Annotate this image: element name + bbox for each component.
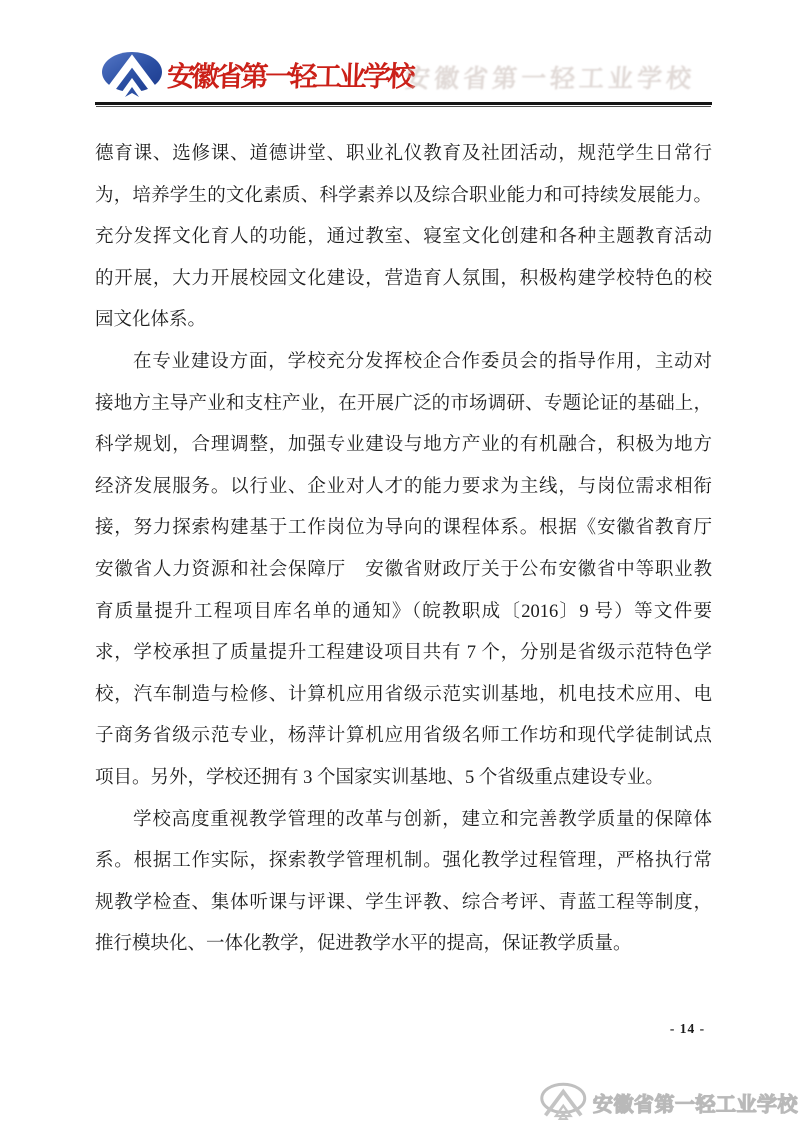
- text-line: 学校高度重视教学管理的改革与创新，建立和完善教学质量的保障体: [95, 800, 712, 842]
- text-line: 的开展，大力开展校园文化建设，营造育人氛围，积极构建学校特色的校: [95, 259, 712, 301]
- text-line: 德育课、选修课、道德讲堂、职业礼仪教育及社团活动，规范学生日常行: [95, 134, 712, 176]
- text-line: 安徽省人力资源和社会保障厅 安徽省财政厅关于公布安徽省中等职业教: [95, 550, 712, 592]
- text-line: 在专业建设方面，学校充分发挥校企合作委员会的指导作用，主动对: [95, 342, 712, 384]
- text-line: 接，努力探索构建基于工作岗位为导向的课程体系。根据《安徽省教育厅: [95, 508, 712, 550]
- text-line: 育质量提升工程项目库名单的通知》（皖教职成〔2016〕9 号）等文件要: [95, 592, 712, 634]
- text-line: 园文化体系。: [95, 300, 712, 342]
- text-line: 子商务省级示范专业，杨萍计算机应用省级名师工作坊和现代学徒制试点: [95, 716, 712, 758]
- text-line: 校，汽车制造与检修、计算机应用省级示范实训基地，机电技术应用、电: [95, 675, 712, 717]
- text-line: 推行模块化、一体化教学，促进教学水平的提高，保证教学质量。: [95, 924, 712, 966]
- text-line: 求，学校承担了质量提升工程建设项目共有 7 个，分别是省级示范特色学: [95, 633, 712, 675]
- page: 安徽省第一轻工业学校 安徽省第一轻工业学校 德育课、选修课、道德讲堂、职业礼仪教…: [0, 0, 800, 1131]
- text-line: 充分发挥文化育人的功能，通过教室、寝室文化创建和各种主题教育活动: [95, 217, 712, 259]
- text-line: 科学规划，合理调整，加强专业建设与地方产业的有机融合，积极为地方: [95, 425, 712, 467]
- watermark-logo-icon: [538, 1082, 590, 1122]
- text-line: 项目。另外，学校还拥有 3 个国家实训基地、5 个省级重点建设专业。: [95, 758, 712, 800]
- text-line: 接地方主导产业和支柱产业，在开展广泛的市场调研、专题论证的基础上，: [95, 384, 712, 426]
- school-logo-icon: [100, 50, 166, 104]
- text-line: 经济发展服务。以行业、企业对人才的能力要求为主线，与岗位需求相衔: [95, 467, 712, 509]
- header-ghost-text: 安徽省第一轻工业学校: [404, 60, 712, 100]
- text-line: 为，培养学生的文化素质、科学素养以及综合职业能力和可持续发展能力。: [95, 176, 712, 218]
- page-title: 安徽省第一轻工业学校: [166, 53, 413, 103]
- watermark-text: 安徽省第一轻工业学校: [593, 1088, 798, 1117]
- document-body: 德育课、选修课、道德讲堂、职业礼仪教育及社团活动，规范学生日常行 为，培养学生的…: [95, 134, 712, 966]
- text-line: 系。根据工作实际，探索教学管理机制。强化教学过程管理，严格执行常: [95, 841, 712, 883]
- header-divider: [95, 102, 712, 105]
- text-line: 规教学检查、集体听课与评课、学生评教、综合考评、青蓝工程等制度，: [95, 883, 712, 925]
- footer-watermark: 安徽省第一轻工业学校: [538, 1082, 798, 1122]
- page-number: - 14 -: [650, 1019, 725, 1039]
